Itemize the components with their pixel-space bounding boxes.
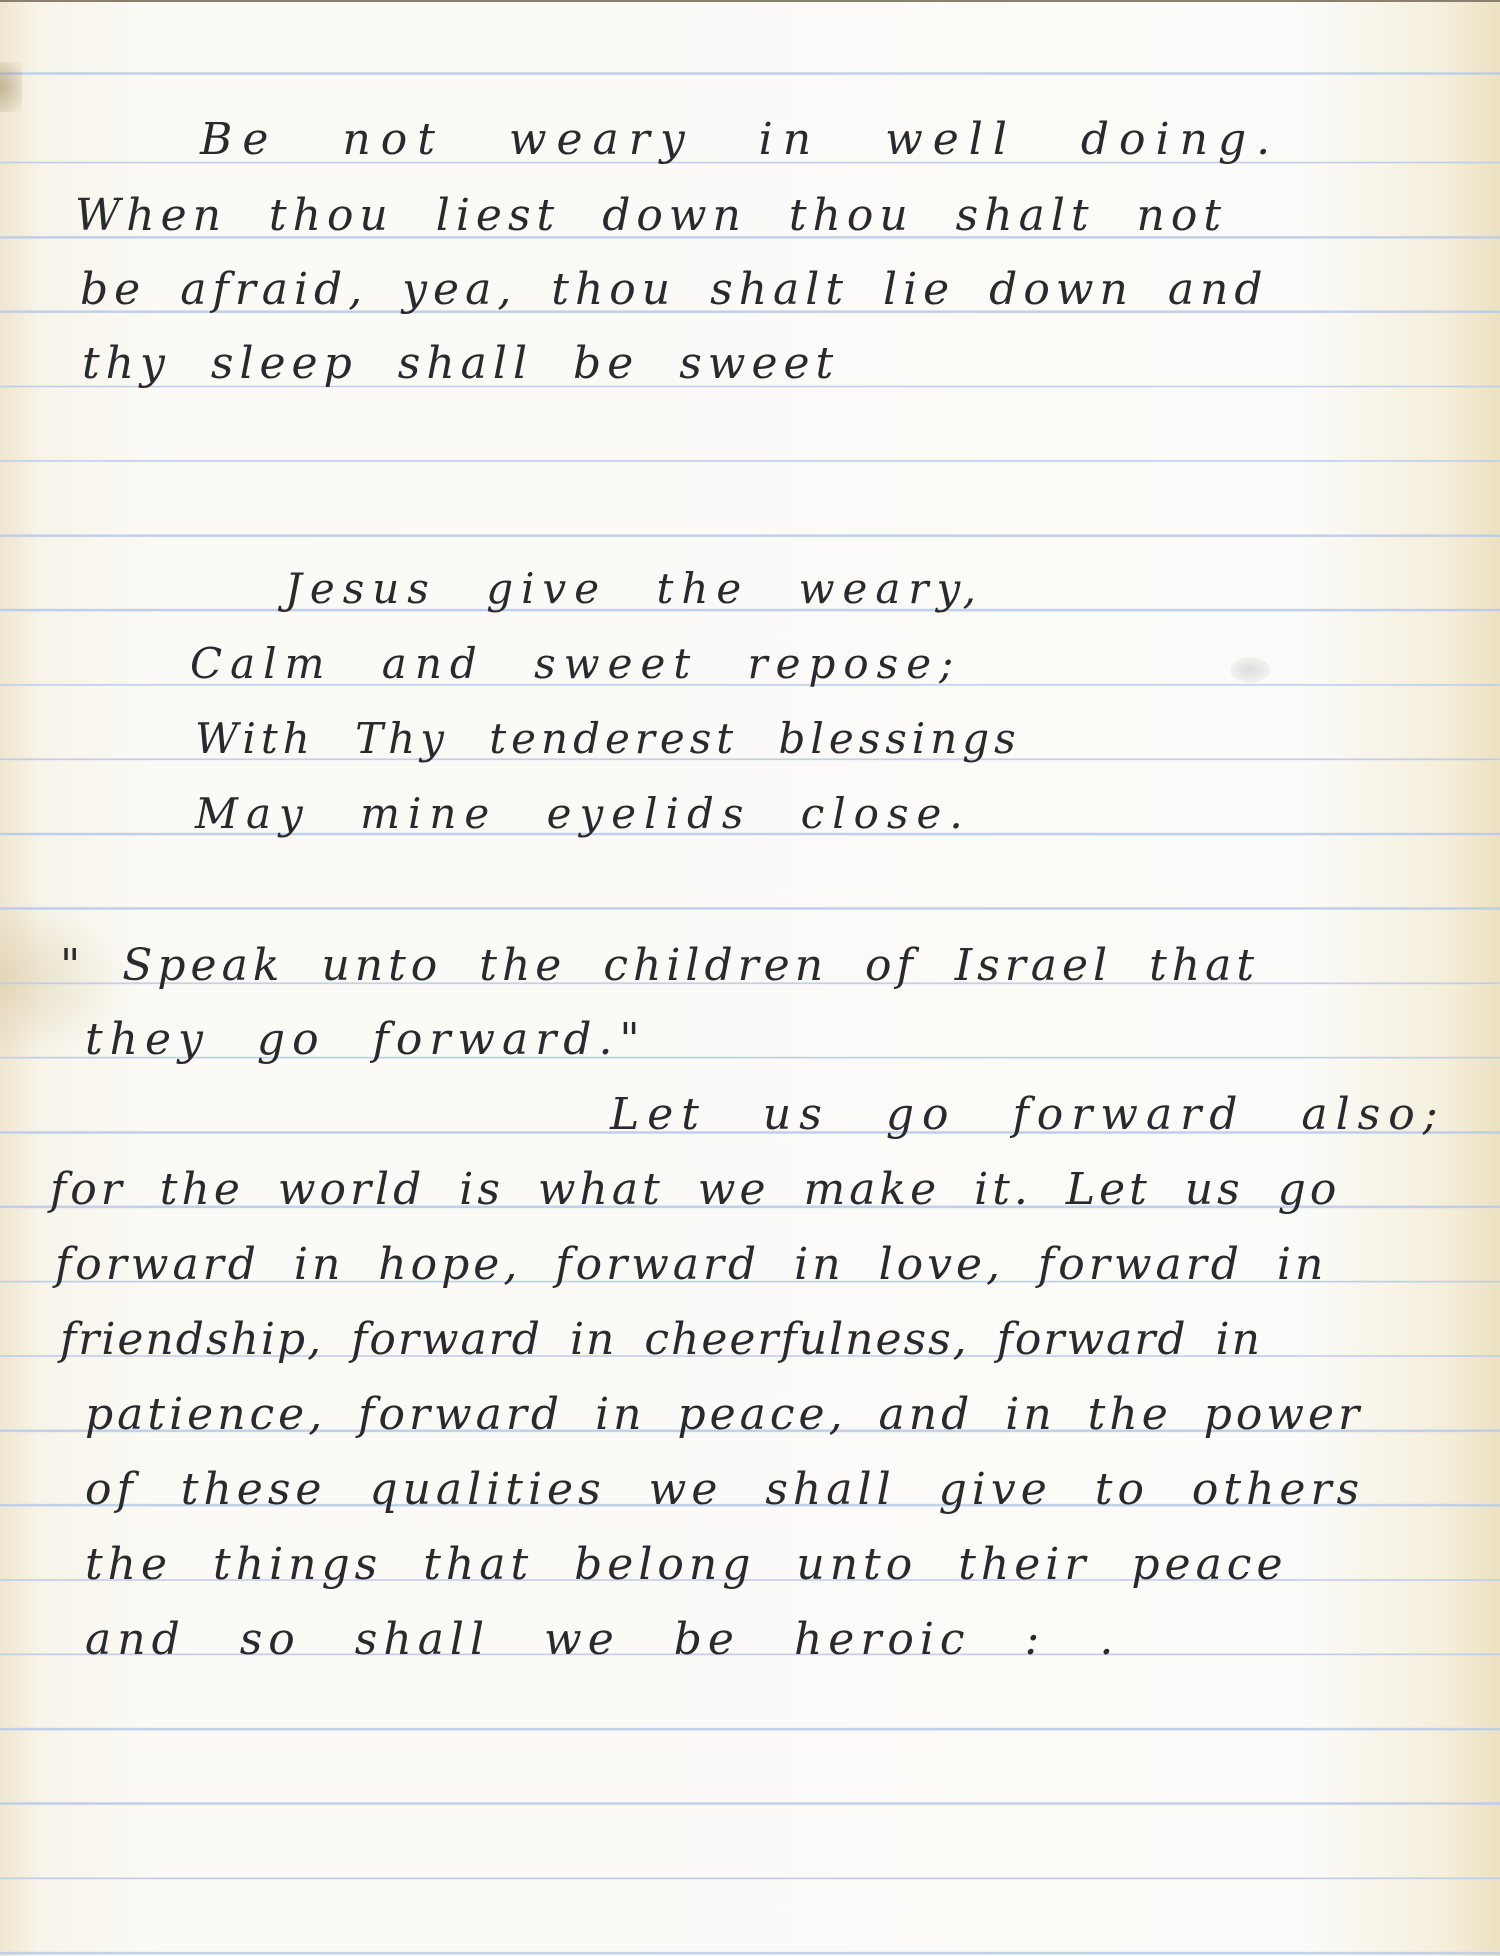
text-line: Calm and sweet repose; — [190, 639, 961, 688]
text-line: be afraid, yea, thou shalt lie down and — [80, 264, 1269, 315]
paper-stain — [0, 62, 22, 112]
text-line: they go forward." — [85, 1014, 647, 1065]
text-line: With Thy tenderest blessings — [195, 714, 1021, 763]
text-line: friendship, forward in cheerfulness, for… — [60, 1314, 1262, 1365]
text-line: of these qualities we shall give to othe… — [85, 1464, 1364, 1515]
text-line: and so shall we be heroic : . — [85, 1614, 1119, 1665]
text-line: Jesus give the weary, — [285, 564, 984, 613]
text-line: patience, forward in peace, and in the p… — [85, 1389, 1363, 1440]
ink-smudge — [1230, 657, 1270, 683]
text-line: thy sleep shall be sweet — [82, 338, 839, 389]
text-line: May mine eyelids close. — [195, 789, 971, 838]
notebook-page: Be not weary in well doing. When thou li… — [0, 0, 1500, 1956]
text-line: forward in hope, forward in love, forwar… — [55, 1239, 1327, 1290]
text-line: for the world is what we make it. Let us… — [50, 1164, 1340, 1215]
text-line: Let us go forward also; — [610, 1089, 1446, 1140]
text-line: Be not weary in well doing. — [200, 114, 1280, 165]
text-line: " Speak unto the children of Israel that — [60, 940, 1259, 991]
text-line: the things that belong unto their peace — [85, 1539, 1288, 1590]
text-line: When thou liest down thou shalt not — [75, 190, 1227, 241]
